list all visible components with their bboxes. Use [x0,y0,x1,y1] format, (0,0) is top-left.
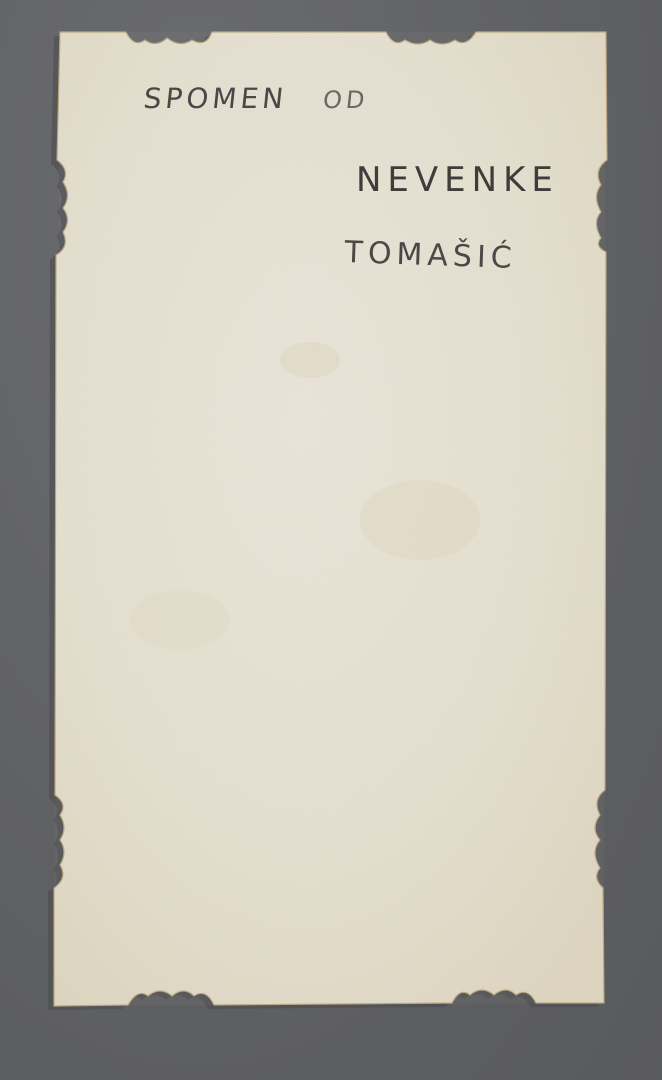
handwritten-word-spomen: SPOMEN [142,82,289,115]
card-shape [0,0,662,1080]
handwritten-line-2: NEVENKE [356,160,559,200]
paper-card: SPOMENOD NEVENKE TOMAŠIĆ [0,0,662,1080]
handwritten-line-3: TOMAŠIĆ [344,235,517,276]
handwritten-line-1: SPOMENOD [142,82,370,115]
handwritten-word-od: OD [322,86,370,114]
